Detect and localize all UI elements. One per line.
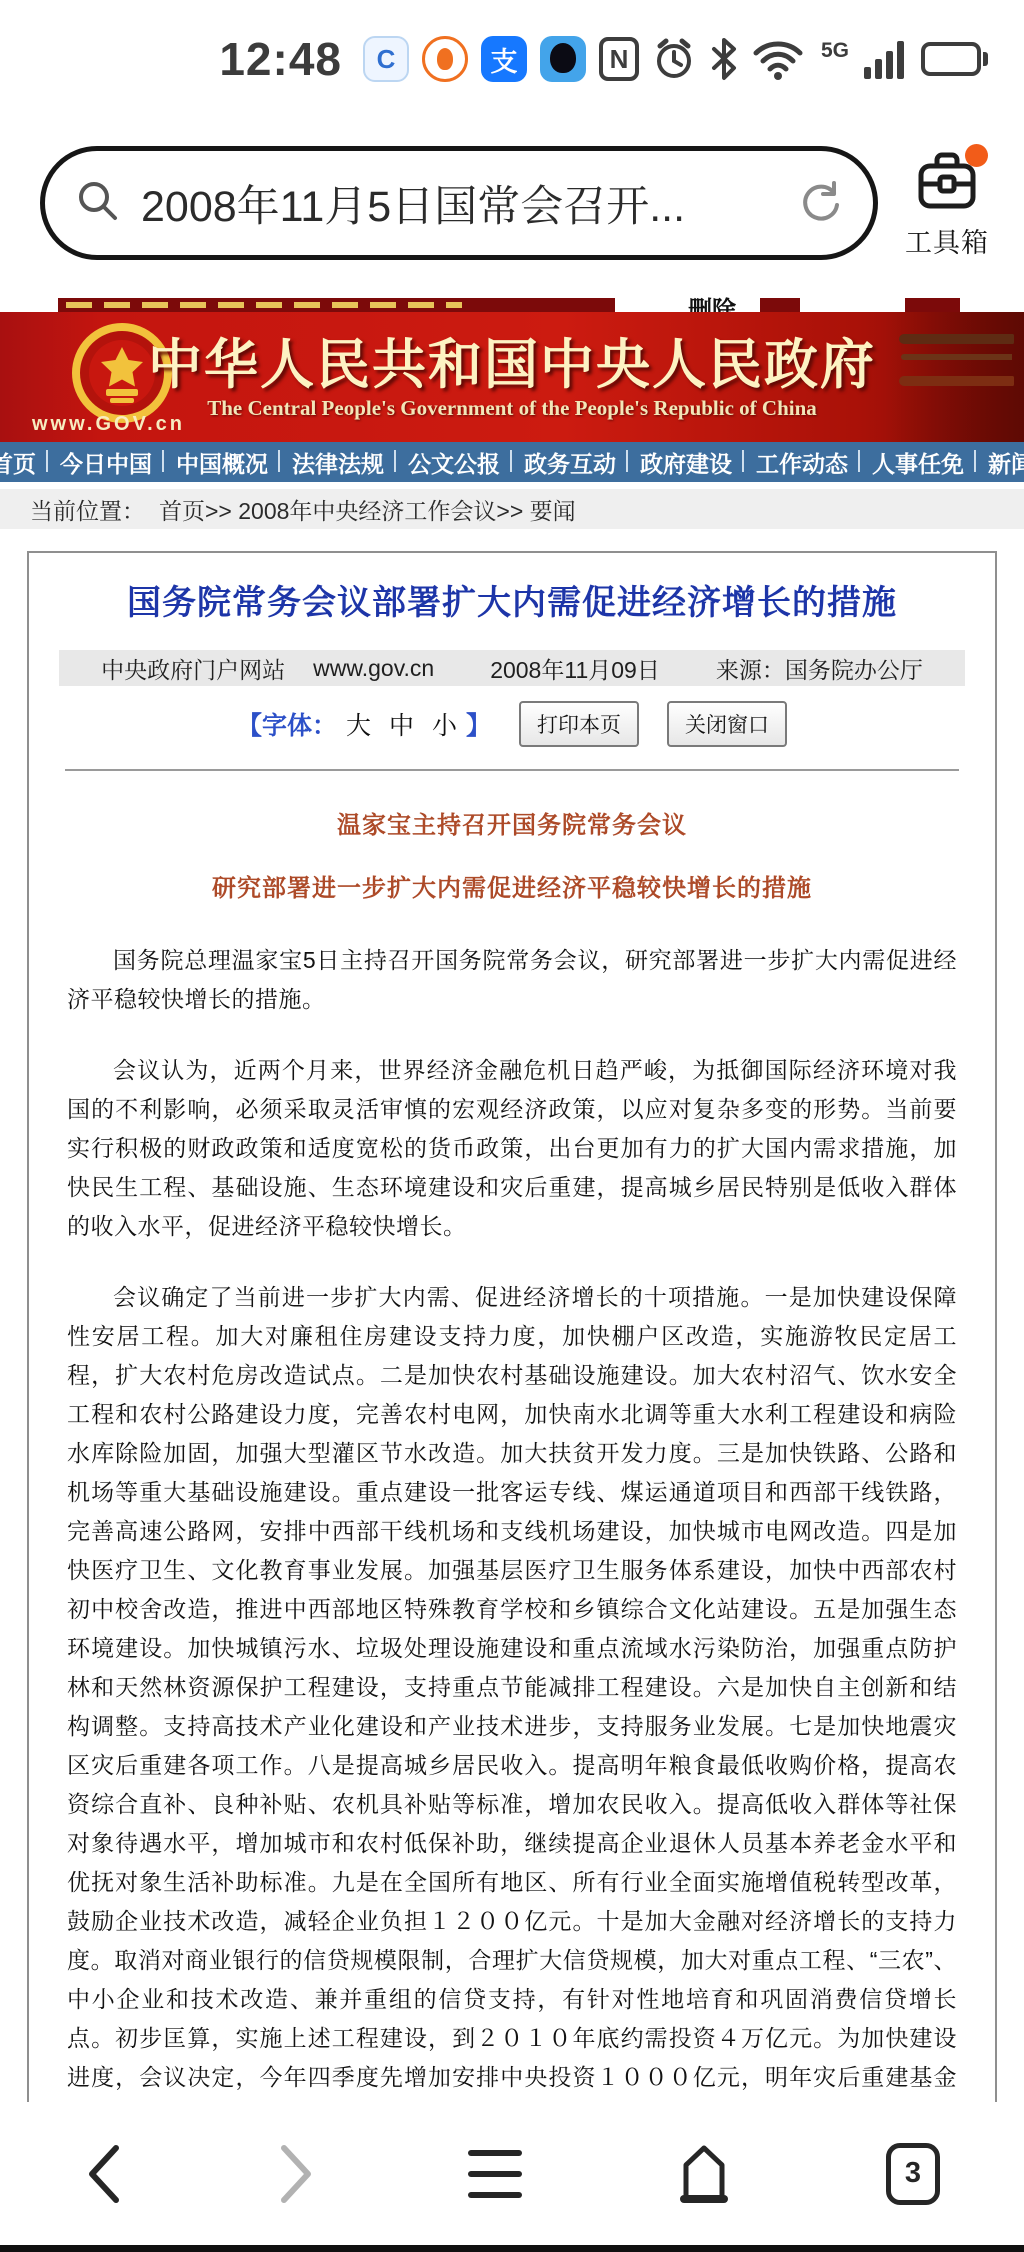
nfc-icon: N — [599, 37, 639, 81]
clipped-delete-text: 删除 — [688, 296, 736, 312]
breadcrumb-label: 当前位置： — [30, 493, 145, 526]
font-size-large[interactable]: 大 — [346, 706, 371, 742]
penguin-app-notification-icon — [540, 36, 586, 82]
print-page-button[interactable]: 打印本页 — [519, 701, 639, 747]
clipped-gold-links — [58, 298, 470, 312]
meta-portal: 中央政府门户网站 — [101, 652, 285, 685]
bank-app-notification-icon: C — [363, 36, 409, 82]
meta-date: 2008年11月09日 — [490, 652, 660, 685]
toolbox-button[interactable]: 工具箱 — [892, 146, 1002, 260]
font-size-label-open: 【字体： — [237, 706, 337, 742]
nav-item-china-overview[interactable]: 中国概况 — [164, 446, 280, 479]
nav-item-official-gazette[interactable]: 公文公报 — [396, 446, 512, 479]
clock-time: 12:48 — [219, 32, 342, 86]
alipay-app-notification-icon: 支 — [481, 36, 527, 82]
screen-bottom-edge — [0, 2245, 1024, 2252]
nav-item-site-home[interactable]: 网站首页 — [0, 446, 48, 479]
flame-app-notification-icon — [422, 36, 468, 82]
gov-banner: 中华人民共和国中央人民政府 The Central People's Gover… — [0, 312, 1024, 442]
phone-screen: 12:48 C 支 N 5G 2008年11月5日国常会召开... — [0, 0, 1024, 2252]
article-controls: 【字体： 大 中 小 】 打印本页 关闭窗口 — [29, 701, 995, 747]
font-size-small[interactable]: 小 — [432, 706, 457, 742]
search-icon — [75, 178, 121, 229]
article-paragraph: 会议确定了当前进一步扩大内需、促进经济增长的十项措施。一是加快建设保障性安居工程… — [67, 1278, 957, 2102]
font-size-medium[interactable]: 中 — [389, 706, 414, 742]
breadcrumb-path[interactable]: 首页>> 2008年中央经济工作会议>> 要闻 — [159, 493, 576, 526]
menu-button[interactable] — [468, 2150, 522, 2198]
battery-icon — [921, 42, 988, 76]
article-paragraph: 会议认为，近两个月来，世界经济金融危机日趋严峻，为抵御国际经济环境对我国的不利影… — [67, 1051, 957, 1246]
breadcrumb: 当前位置： 首页>> 2008年中央经济工作会议>> 要闻 — [0, 489, 1024, 529]
close-window-button[interactable]: 关闭窗口 — [667, 701, 787, 747]
article-meta-bar: 中央政府门户网站 www.gov.cn 2008年11月09日 来源：国务院办公… — [59, 650, 965, 686]
signal-strength-icon — [864, 39, 904, 79]
page-top-clipped-strip: 删除 — [0, 295, 1024, 312]
refresh-icon[interactable] — [799, 179, 843, 228]
divider — [65, 769, 959, 771]
nav-item-work-updates[interactable]: 工作动态 — [744, 446, 860, 479]
forward-button[interactable] — [276, 2142, 316, 2206]
site-title: 中华人民共和国中央人民政府 — [60, 322, 964, 399]
nav-item-gov-building[interactable]: 政府建设 — [628, 446, 744, 479]
meta-url: www.gov.cn — [313, 655, 434, 682]
article-headline-2: 研究部署进一步扩大内需促进经济平稳较快增长的措施 — [29, 868, 995, 903]
home-button[interactable] — [674, 2143, 734, 2205]
clipped-red-segment — [760, 298, 800, 312]
alarm-icon — [652, 37, 696, 81]
search-query-text[interactable]: 2008年11月5日国常会召开... — [141, 173, 799, 234]
status-bar: 12:48 C 支 N 5G — [0, 0, 1024, 100]
toolbox-label: 工具箱 — [905, 221, 989, 260]
article-box: 国务院常务会议部署扩大内需促进经济增长的措施 中央政府门户网站 www.gov.… — [27, 551, 997, 2102]
clipped-red-segment — [470, 298, 615, 312]
meta-source: 来源：国务院办公厅 — [716, 652, 923, 685]
bluetooth-icon — [709, 37, 739, 81]
nav-item-press-release[interactable]: 新闻发布 — [976, 446, 1024, 479]
tabs-button[interactable]: 3 — [886, 2143, 940, 2205]
nav-item-laws[interactable]: 法律法规 — [280, 446, 396, 479]
main-navigation: 网站首页 今日中国 中国概况 法律法规 公文公报 政务互动 政府建设 工作动态 … — [0, 442, 1024, 482]
browser-bottom-nav: 3 — [0, 2102, 1024, 2245]
back-button[interactable] — [84, 2142, 124, 2206]
nav-item-gov-interaction[interactable]: 政务互动 — [512, 446, 628, 479]
page-content: 国务院常务会议部署扩大内需促进经济增长的措施 中央政府门户网站 www.gov.… — [0, 529, 1024, 2102]
article-title: 国务院常务会议部署扩大内需促进经济增长的措施 — [29, 575, 995, 624]
browser-search-row: 2008年11月5日国常会召开... 工具箱 — [0, 100, 1024, 295]
clipped-red-segment — [905, 298, 960, 312]
wifi-icon — [752, 37, 804, 81]
network-type-label: 5G — [821, 39, 849, 63]
site-url: www.GOV.cn — [32, 413, 185, 436]
address-search-bar[interactable]: 2008年11月5日国常会召开... — [40, 146, 878, 260]
article-paragraph: 国务院总理温家宝5日主持召开国务院常务会议，研究部署进一步扩大内需促进经济平稳较… — [67, 941, 957, 1019]
nav-item-today-china[interactable]: 今日中国 — [48, 446, 164, 479]
font-size-label-close: 】 — [466, 706, 491, 742]
spacer — [0, 482, 1024, 489]
article-headline-1: 温家宝主持召开国务院常务会议 — [29, 805, 995, 840]
toolbox-notification-dot — [965, 144, 988, 167]
nav-item-personnel[interactable]: 人事任免 — [860, 446, 976, 479]
